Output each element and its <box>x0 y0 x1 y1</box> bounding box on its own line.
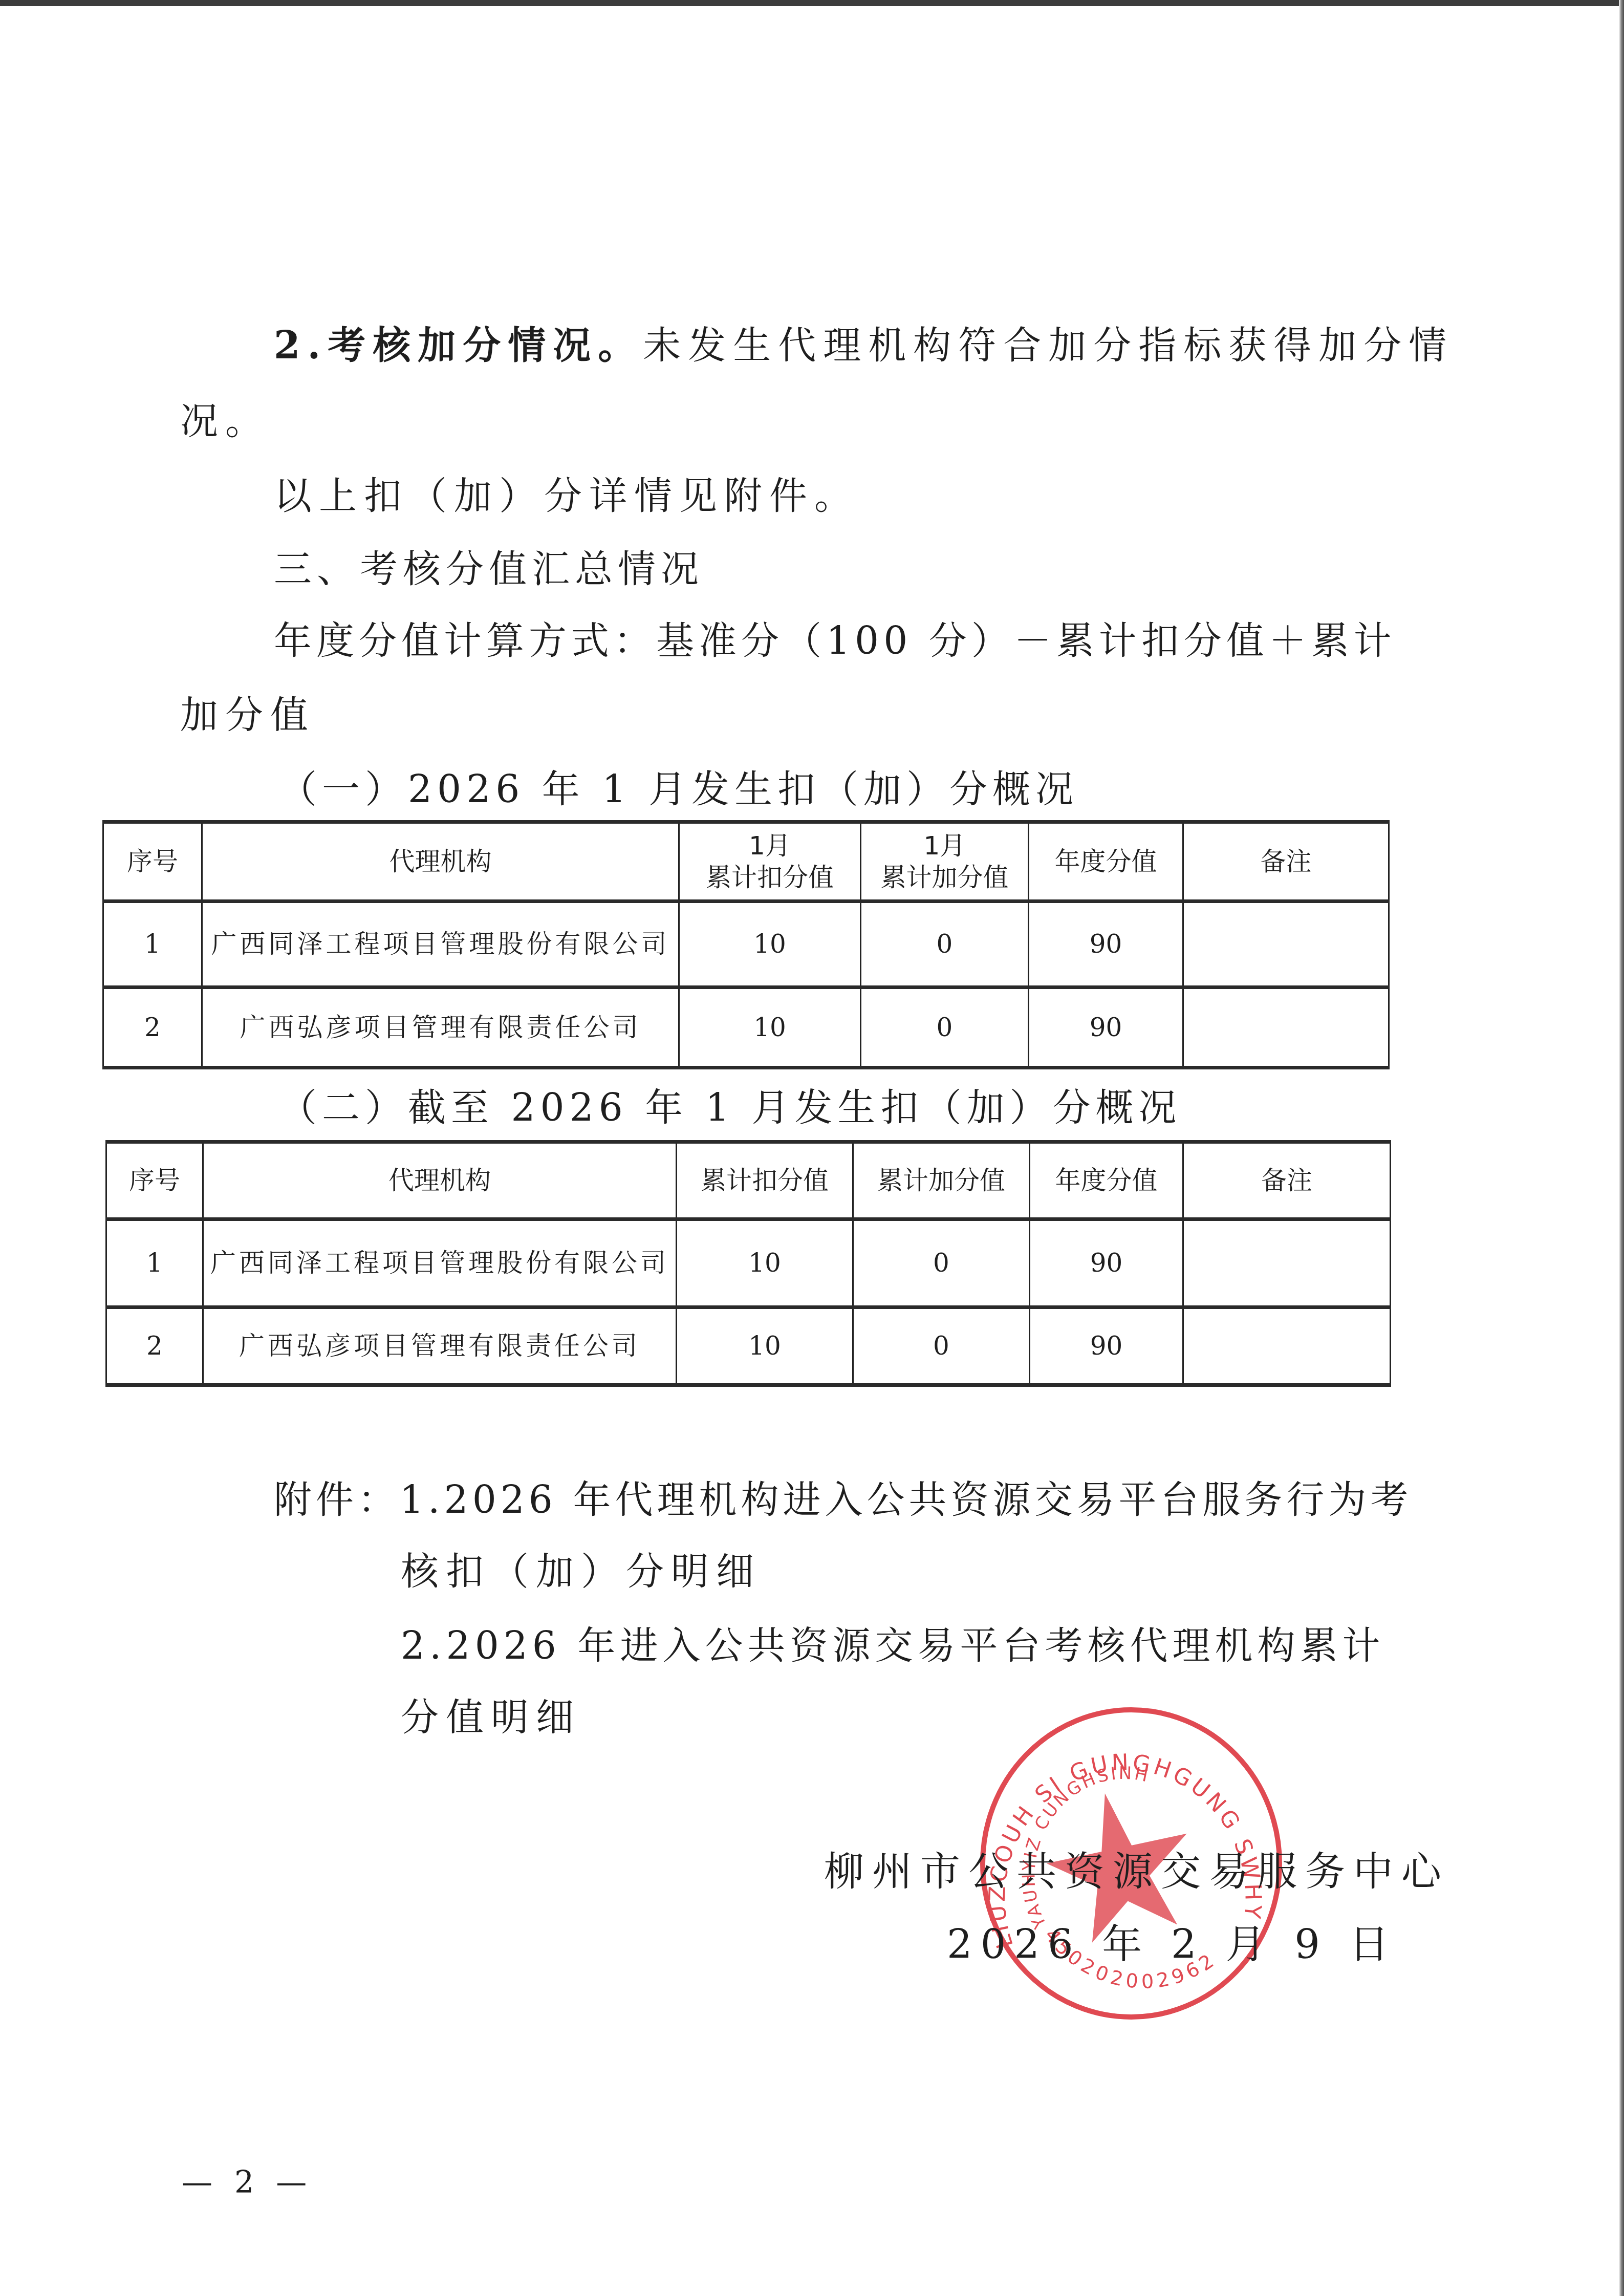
header-annual-score: 年度分值 <box>1030 1142 1183 1219</box>
table-cumulative-score: 序号 代理机构 累计扣分值 累计加分值 年度分值 备注 1 广西同泽工程项目管理… <box>105 1140 1391 1387</box>
header-monthly-bonus-label: 累计加分值 <box>867 862 1023 894</box>
header-remark: 备注 <box>1183 1142 1391 1219</box>
page-number: — 2 — <box>182 2164 313 2200</box>
header-index: 序号 <box>106 1142 203 1219</box>
scan-border-top <box>0 0 1624 6</box>
cell-deduct: 10 <box>677 1307 853 1385</box>
header-remark: 备注 <box>1183 822 1389 902</box>
cell-annual: 90 <box>1030 1219 1183 1307</box>
paragraph-bonus-line1: 2.考核加分情况。未发生代理机构符合加分指标获得加分情 <box>274 327 1454 364</box>
header-agency: 代理机构 <box>202 822 679 902</box>
paragraph-see-attachment: 以上扣（加）分详情见附件。 <box>274 477 859 515</box>
header-monthly-deduct-month: 1月 <box>685 830 855 862</box>
paragraph-bonus-line2: 况。 <box>180 402 270 440</box>
header-monthly-bonus-month: 1月 <box>867 830 1023 862</box>
attachment-item1-line1: 附件：1.2026 年代理机构进入公共资源交易平台服务行为考 <box>274 1481 1412 1519</box>
paragraph-bonus-heading: 2.考核加分情况。 <box>274 324 643 368</box>
formula-line1: 年度分值计算方式：基准分（100 分）－累计扣分值＋累计 <box>274 622 1396 660</box>
table-header-row: 序号 代理机构 累计扣分值 累计加分值 年度分值 备注 <box>106 1142 1391 1219</box>
header-annual-score: 年度分值 <box>1029 822 1183 902</box>
cell-deduct: 10 <box>679 988 861 1068</box>
scan-border-right <box>1619 0 1624 2296</box>
cell-remark <box>1183 902 1389 988</box>
cell-annual: 90 <box>1029 902 1183 988</box>
cell-index: 1 <box>106 1219 203 1307</box>
attachment-item1-text: 1.2026 年代理机构进入公共资源交易平台服务行为考 <box>400 1478 1412 1522</box>
table-header-row: 序号 代理机构 1月 累计扣分值 1月 累计加分值 年度分值 备注 <box>103 822 1389 902</box>
attachment-item2-line1: 2.2026 年进入公共资源交易平台考核代理机构累计 <box>401 1627 1384 1665</box>
cell-deduct: 10 <box>679 902 861 988</box>
cell-index: 1 <box>103 902 202 988</box>
table-row: 1 广西同泽工程项目管理股份有限公司 10 0 90 <box>106 1219 1391 1307</box>
cell-bonus: 0 <box>861 902 1029 988</box>
cell-bonus: 0 <box>853 1219 1030 1307</box>
attachment-item2-line2: 分值明细 <box>401 1699 581 1736</box>
header-monthly-bonus: 1月 累计加分值 <box>861 822 1029 902</box>
attachment-label: 附件： <box>274 1478 400 1522</box>
section-heading-score-summary: 三、考核分值汇总情况 <box>274 550 704 588</box>
cell-bonus: 0 <box>861 988 1029 1068</box>
table2-caption: （二）截至 2026 年 1 月发生扣（加）分概况 <box>279 1089 1182 1127</box>
table-row: 2 广西弘彦项目管理有限责任公司 10 0 90 <box>103 988 1389 1068</box>
cell-deduct: 10 <box>677 1219 853 1307</box>
cell-agency: 广西同泽工程项目管理股份有限公司 <box>202 902 679 988</box>
cell-remark <box>1183 1219 1391 1307</box>
cell-bonus: 0 <box>853 1307 1030 1385</box>
cell-remark <box>1183 1307 1391 1385</box>
formula-line2: 加分值 <box>180 696 315 734</box>
header-cumulative-bonus: 累计加分值 <box>853 1142 1030 1219</box>
cell-index: 2 <box>103 988 202 1068</box>
cell-annual: 90 <box>1030 1307 1183 1385</box>
header-monthly-deduct: 1月 累计扣分值 <box>679 822 861 902</box>
cell-agency: 广西同泽工程项目管理股份有限公司 <box>203 1219 677 1307</box>
signature-date: 2026 年 2 月 9 日 <box>947 1925 1397 1965</box>
table-row: 2 广西弘彦项目管理有限责任公司 10 0 90 <box>106 1307 1391 1385</box>
table-monthly-score: 序号 代理机构 1月 累计扣分值 1月 累计加分值 年度分值 备注 1 广西同泽… <box>102 820 1390 1069</box>
header-index: 序号 <box>103 822 202 902</box>
header-agency: 代理机构 <box>203 1142 677 1219</box>
attachment-item1-line2: 核扣（加）分明细 <box>401 1553 761 1591</box>
cell-agency: 广西弘彦项目管理有限责任公司 <box>202 988 679 1068</box>
cell-annual: 90 <box>1029 988 1183 1068</box>
signature-organization: 柳州市公共资源交易服务中心 <box>824 1852 1449 1892</box>
header-cumulative-deduct: 累计扣分值 <box>677 1142 853 1219</box>
cell-remark <box>1183 988 1389 1068</box>
cell-agency: 广西弘彦项目管理有限责任公司 <box>203 1307 677 1385</box>
table-row: 1 广西同泽工程项目管理股份有限公司 10 0 90 <box>103 902 1389 988</box>
header-monthly-deduct-label: 累计扣分值 <box>685 862 855 894</box>
cell-index: 2 <box>106 1307 203 1385</box>
table1-caption: （一）2026 年 1 月发生扣（加）分概况 <box>279 770 1078 808</box>
paragraph-bonus-text: 未发生代理机构符合加分指标获得加分情 <box>643 324 1454 368</box>
